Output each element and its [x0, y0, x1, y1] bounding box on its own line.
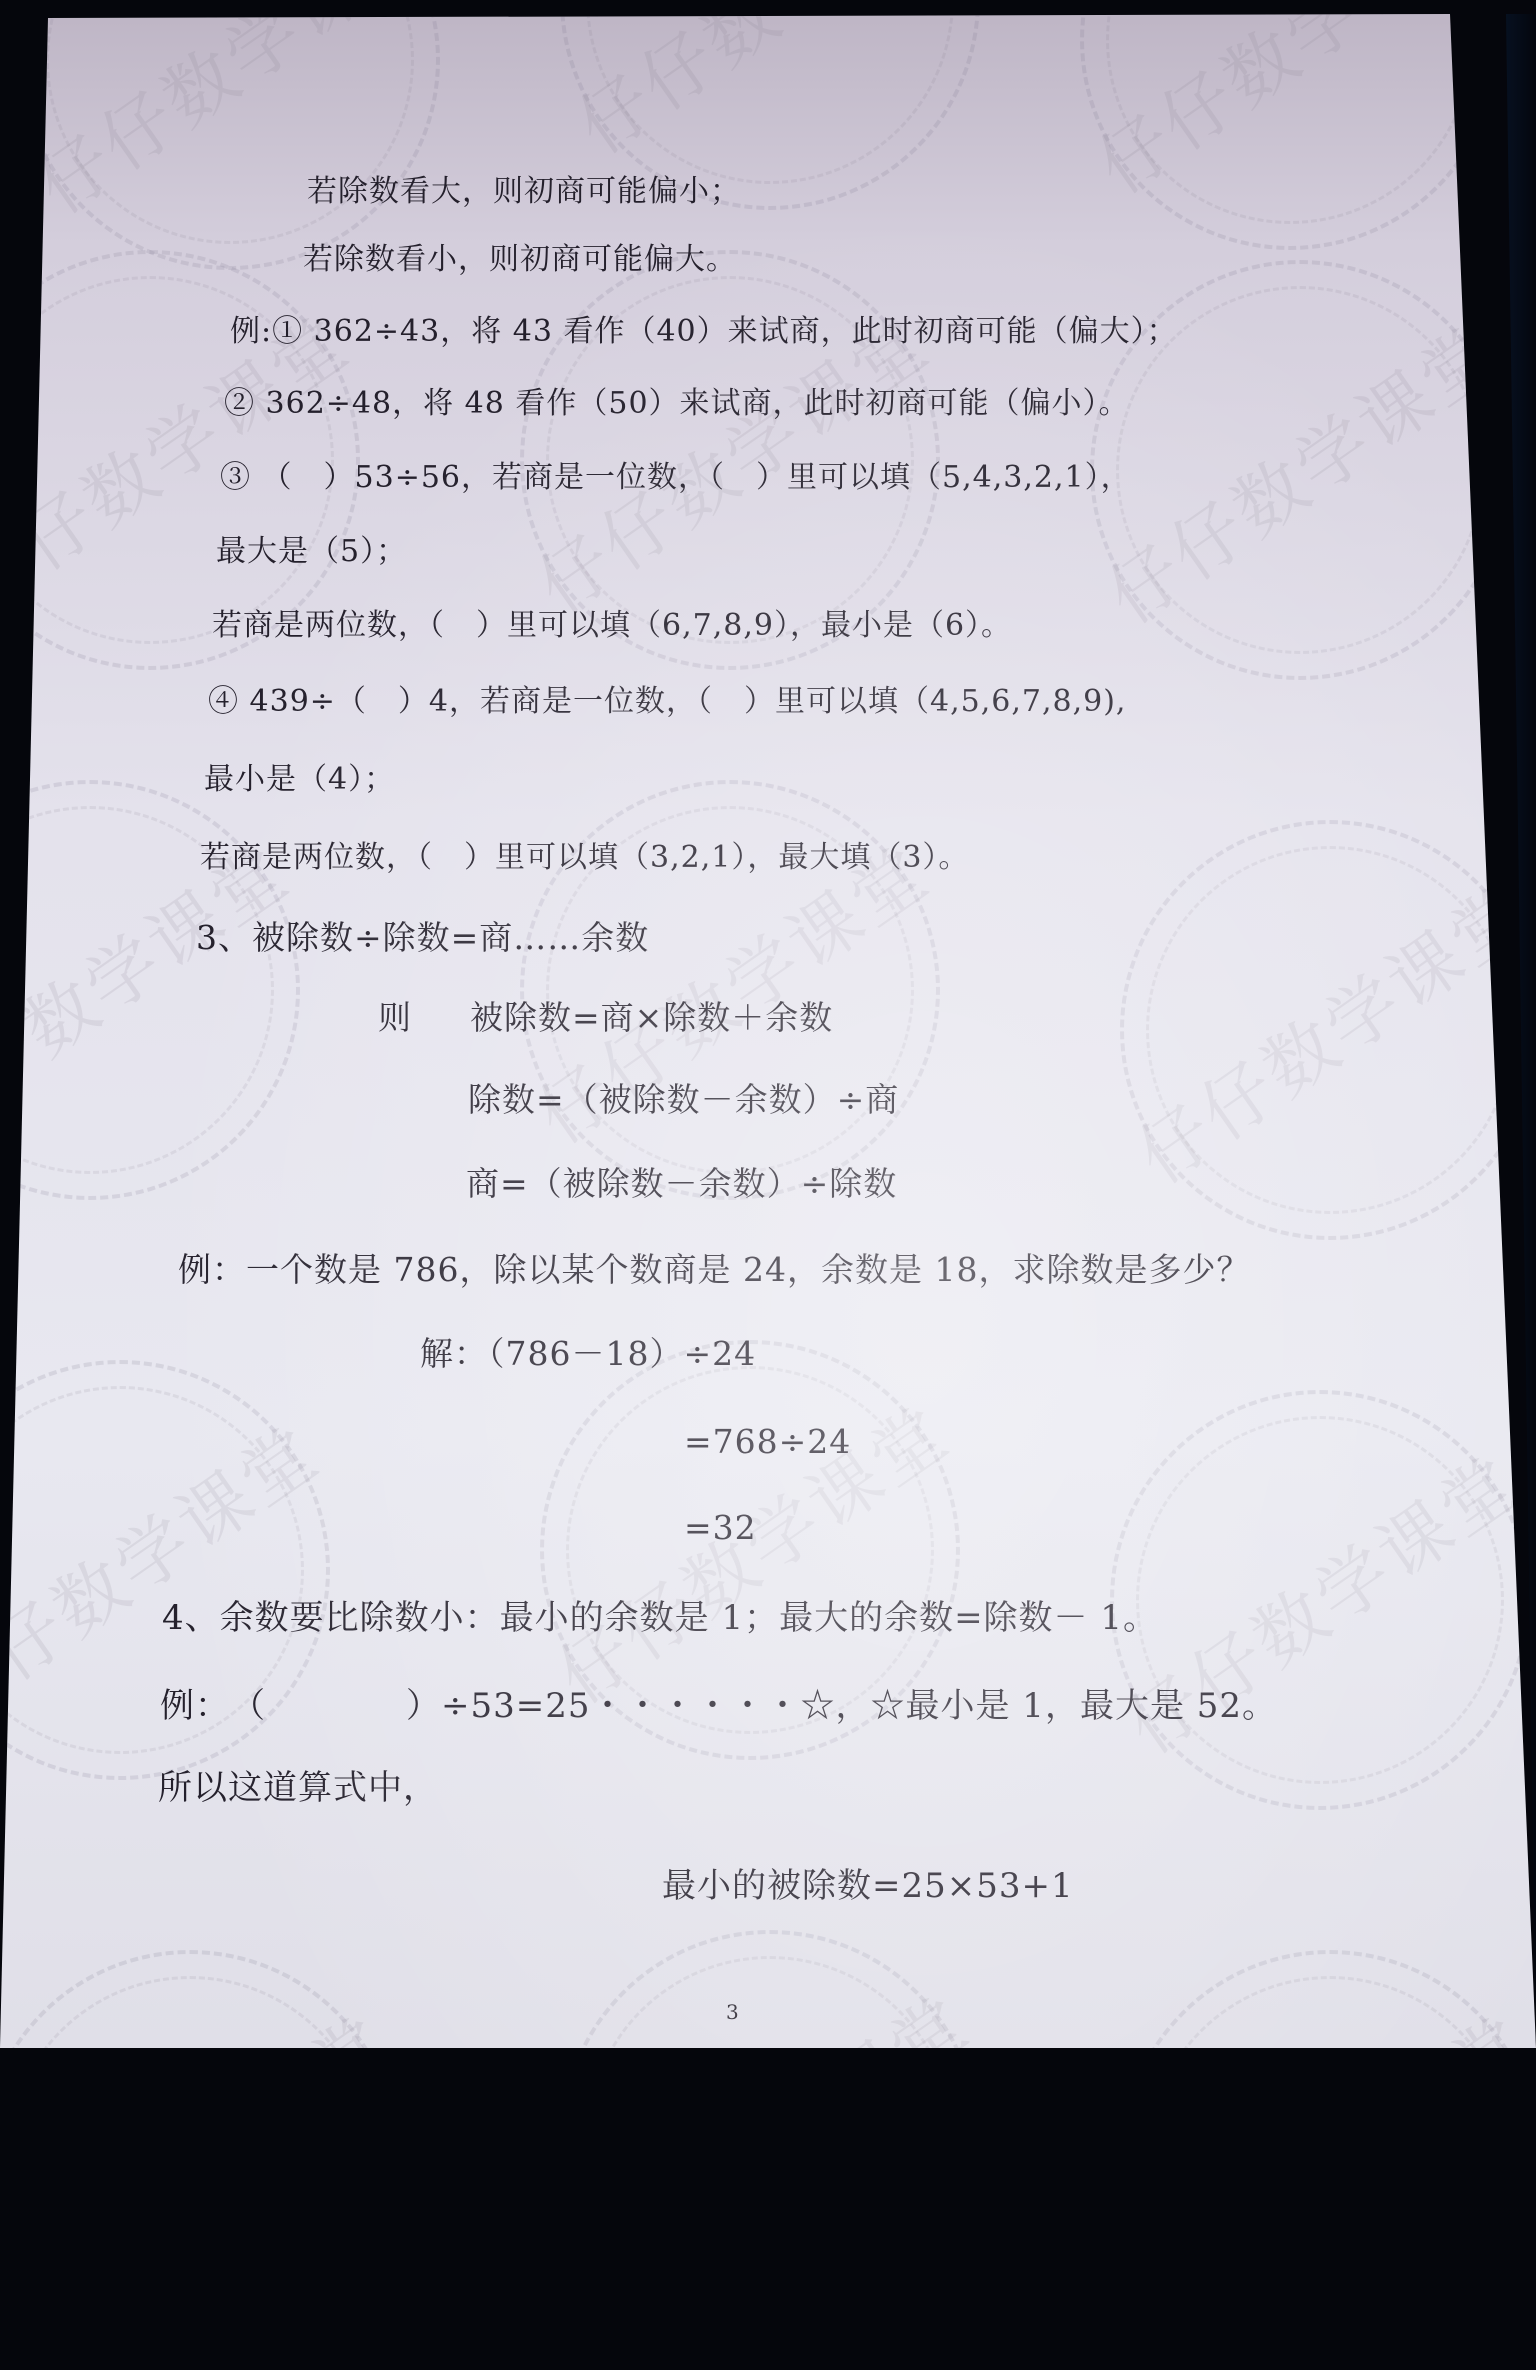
- formula-divisor: 除数=（被除数－余数）÷商: [468, 1080, 899, 1120]
- example-3-line-2: 最大是（5）；: [216, 532, 407, 572]
- section-3-title: 3、被除数÷除数=商……余数: [196, 918, 649, 958]
- section-3-then: 则: [378, 998, 412, 1038]
- page-number: 3: [726, 2000, 739, 2024]
- example-4-line-1: ④ 439÷（ ）4，若商是一位数，（ ）里可以填（4,5,6,7,8,9),: [208, 682, 1126, 722]
- example-2: ② 362÷48，将 48 看作（50）来试商，此时初商可能（偏小）。: [224, 384, 1130, 424]
- section-4-title: 4、余数要比除数小：最小的余数是 1；最大的余数=除数－ 1。: [162, 1598, 1158, 1638]
- section-3-example: 例：一个数是 786，除以某个数商是 24，余数是 18，求除数是多少？: [178, 1250, 1250, 1290]
- solution-step-1: 解：（786－18）÷24: [420, 1334, 756, 1374]
- section-4-example: 例： （ ）÷53=25・・・・・・☆，☆最小是 1，最大是 52。: [160, 1686, 1277, 1726]
- example-3-line-3: 若商是两位数，（ ）里可以填（6,7,8,9），最小是（6）。: [212, 606, 1012, 646]
- min-dividend-formula: 最小的被除数=25×53+1: [662, 1866, 1074, 1906]
- text-line-divisor-small: 若除数看小，则初商可能偏大。: [303, 240, 737, 280]
- document-page: 仔仔数学课堂 仔仔数学课堂 仔仔数学课堂 仔仔数学课堂 仔仔数学课堂 仔仔数学课…: [0, 0, 1536, 2048]
- example-1: 例:① 362÷43，将 43 看作（40）来试商，此时初商可能（偏大）；: [230, 312, 1178, 352]
- text-line-divisor-large: 若除数看大，则初商可能偏小；: [307, 172, 741, 212]
- example-4-line-2: 最小是（4）；: [204, 760, 395, 800]
- section-4-conclusion: 所以这道算式中，: [158, 1768, 438, 1808]
- solution-step-3: =32: [684, 1508, 757, 1548]
- document-content: 若除数看大，则初商可能偏小； 若除数看小，则初商可能偏大。 例:① 362÷43…: [0, 0, 1536, 2048]
- formula-dividend: 被除数=商×除数＋余数: [470, 998, 833, 1038]
- photo-background: 仔仔数学课堂 仔仔数学课堂 仔仔数学课堂 仔仔数学课堂 仔仔数学课堂 仔仔数学课…: [0, 0, 1536, 2048]
- formula-quotient: 商=（被除数－余数）÷除数: [466, 1164, 897, 1204]
- example-3-line-1: ③ （ ）53÷56，若商是一位数，（ ）里可以填（5,4,3,2,1），: [220, 458, 1132, 498]
- example-4-line-3: 若商是两位数，（ ）里可以填（3,2,1），最大填（3）。: [200, 838, 969, 878]
- solution-step-2: =768÷24: [684, 1422, 851, 1462]
